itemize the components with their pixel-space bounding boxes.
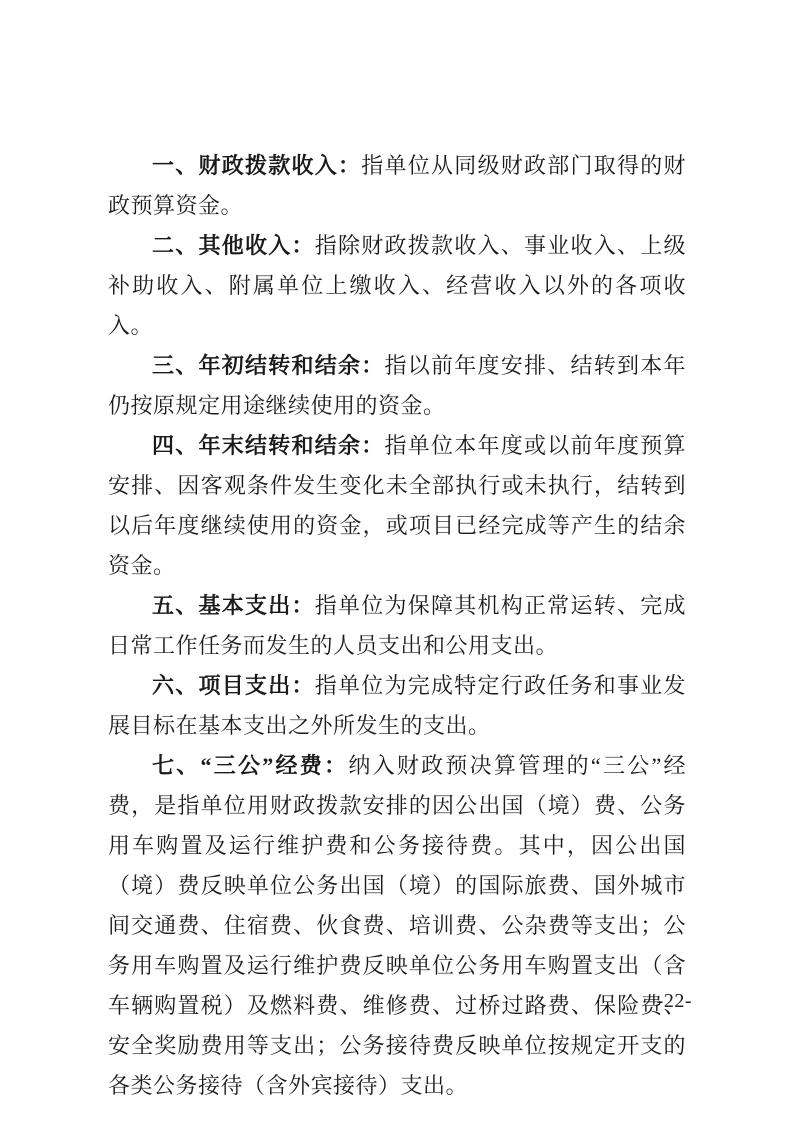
term-label: 一、财政拨款收入： bbox=[152, 153, 361, 178]
term-label: 二、其他收入： bbox=[152, 233, 315, 258]
term-label: 四、年末结转和结余： bbox=[152, 433, 385, 458]
definition-paragraph-6: 六、项目支出：指单位为完成特定行政任务和事业发展目标在基本支出之外所发生的支出。 bbox=[108, 666, 686, 746]
definition-paragraph-1: 一、财政拨款收入：指单位从同级财政部门取得的财政预算资金。 bbox=[108, 146, 686, 226]
term-label: 七、“三公”经费： bbox=[152, 753, 348, 778]
term-label: 三、年初结转和结余： bbox=[152, 353, 385, 378]
definition-text: 纳入财政预决算管理的“三公”经费，是指单位用财政拨款安排的因公出国（境）费、公务… bbox=[108, 753, 686, 1098]
definition-paragraph-5: 五、基本支出：指单位为保障其机构正常运转、完成日常工作任务而发生的人员支出和公用… bbox=[108, 586, 686, 666]
document-page: 一、财政拨款收入：指单位从同级财政部门取得的财政预算资金。 二、其他收入：指除财… bbox=[0, 0, 793, 1122]
definition-paragraph-4: 四、年末结转和结余：指单位本年度或以前年度预算安排、因客观条件发生变化未全部执行… bbox=[108, 426, 686, 586]
term-label: 六、项目支出： bbox=[152, 673, 315, 698]
definition-paragraph-7: 七、“三公”经费：纳入财政预决算管理的“三公”经费，是指单位用财政拨款安排的因公… bbox=[108, 746, 686, 1106]
page-number: -22- bbox=[657, 990, 692, 1013]
document-content: 一、财政拨款收入：指单位从同级财政部门取得的财政预算资金。 二、其他收入：指除财… bbox=[108, 146, 686, 1106]
definition-paragraph-2: 二、其他收入：指除财政拨款收入、事业收入、上级补助收入、附属单位上缴收入、经营收… bbox=[108, 226, 686, 346]
term-label: 五、基本支出： bbox=[152, 593, 315, 618]
definition-paragraph-3: 三、年初结转和结余：指以前年度安排、结转到本年仍按原规定用途继续使用的资金。 bbox=[108, 346, 686, 426]
